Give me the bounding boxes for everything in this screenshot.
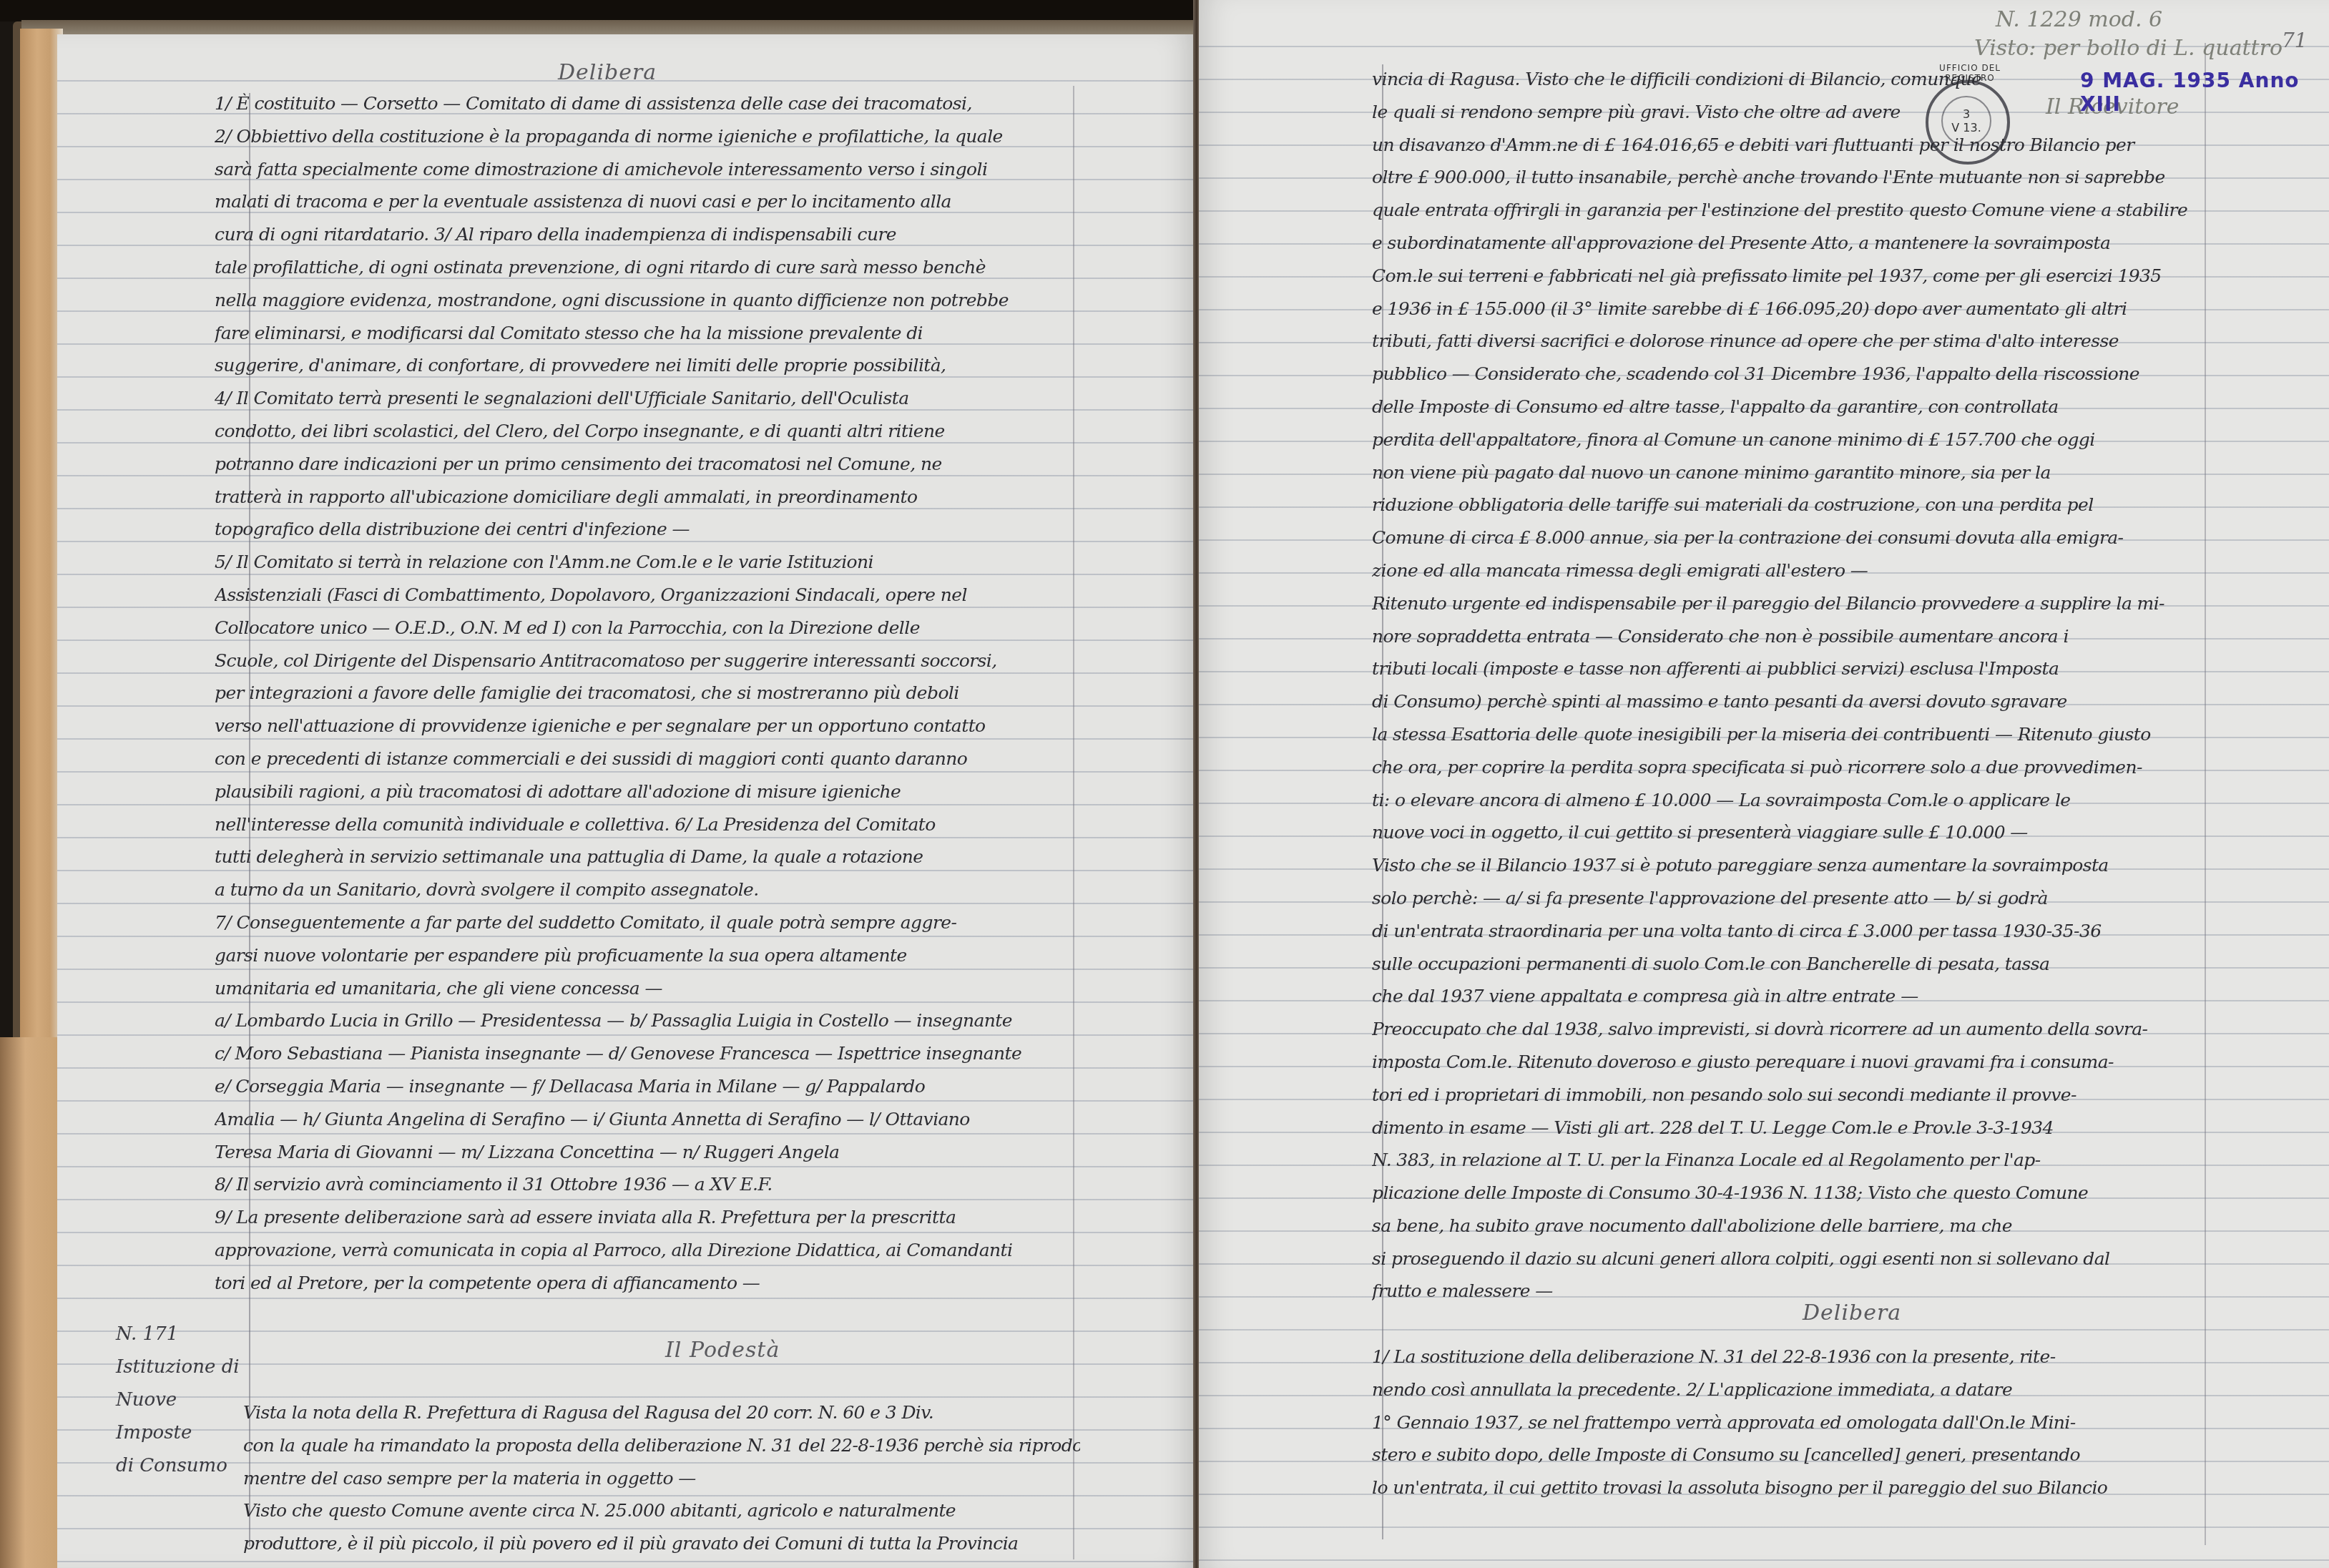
handwritten-line: plausibili ragioni, a più tracomatosi di…: [215, 775, 1080, 808]
handwritten-line: umanitaria ed umanitaria, che gli viene …: [215, 972, 1080, 1005]
handwritten-line: delle Imposte di Consumo ed altre tasse,…: [1372, 391, 2209, 423]
handwritten-line: 8/ Il servizio avrà cominciamento il 31 …: [215, 1168, 1080, 1201]
handwritten-line: malati di tracoma e per la eventuale ass…: [215, 185, 1080, 218]
margin-note-line: Nuove Imposte: [116, 1383, 245, 1449]
handwritten-line: di Consumo) perchè spinti al massimo e t…: [1372, 685, 2209, 718]
handwritten-line: Vista la nota della R. Prefettura di Rag…: [243, 1396, 1080, 1429]
handwritten-line: tributi locali (imposte e tasse non affe…: [1372, 652, 2209, 685]
handwritten-line: vincia di Ragusa. Visto che le difficili…: [1372, 63, 2209, 96]
handwritten-line: verso nell'attuazione di provvidenze igi…: [215, 710, 1080, 743]
margin-note-line: Istituzione di: [116, 1351, 245, 1383]
handwritten-line: Amalia — h/ Giunta Angelina di Serafino …: [215, 1103, 1080, 1136]
handwritten-line: Ritenuto urgente ed indispensabile per i…: [1372, 587, 2209, 620]
left-heading-delibera: Delibera: [558, 60, 657, 85]
handwritten-line: frutto e malessere —: [1372, 1275, 2209, 1308]
handwritten-line: si proseguendo il dazio su alcuni generi…: [1372, 1243, 2209, 1275]
handwritten-line: [1372, 1308, 2209, 1341]
handwritten-line: nendo così annullata la precedente. 2/ L…: [1372, 1373, 2209, 1406]
handwritten-line: potranno dare indicazioni per un primo c…: [215, 448, 1080, 481]
handwritten-line: perdita dell'appaltatore, finora al Comu…: [1372, 423, 2209, 456]
handwritten-line: nella maggiore evidenza, mostrandone, og…: [215, 284, 1080, 317]
handwritten-line: tori ed i proprietari di immobili, non p…: [1372, 1079, 2209, 1112]
handwritten-line: 9/ La presente deliberazione sarà ad ess…: [215, 1201, 1080, 1234]
handwritten-line: topografico della distribuzione dei cent…: [215, 513, 1080, 546]
handwritten-line: Teresa Maria di Giovanni — m/ Lizzana Co…: [215, 1136, 1080, 1169]
handwritten-line: le quali si rendono sempre più gravi. Vi…: [1372, 96, 2209, 129]
handwritten-line: e subordinatamente all'approvazione del …: [1372, 227, 2209, 260]
margin-note-line: N. 171: [116, 1318, 245, 1351]
right-heading-delibera: Delibera: [1803, 1300, 1901, 1326]
handwritten-line: 1/ È costituito — Corsetto — Comitato di…: [215, 87, 1080, 120]
handwritten-line: lo un'entrata, il cui gettito trovasi la…: [1372, 1471, 2209, 1504]
handwritten-line: suggerire, d'animare, di confortare, di …: [215, 349, 1080, 382]
handwritten-line: cura di ogni ritardatario. 3/ Al riparo …: [215, 218, 1080, 251]
handwritten-line: e/ Corseggia Maria — insegnante — f/ Del…: [215, 1070, 1080, 1103]
handwritten-line: tale profilattiche, di ogni ostinata pre…: [215, 251, 1080, 284]
handwritten-line: approvazione, verrà comunicata in copia …: [215, 1234, 1080, 1267]
handwritten-line: Com.le sui terreni e fabbricati nel già …: [1372, 260, 2209, 293]
handwritten-line: N. 383, in relazione al T. U. per la Fin…: [1372, 1144, 2209, 1177]
registry-note-number: N. 1229 mod. 6: [1996, 6, 2162, 34]
handwritten-line: nell'interesse della comunità individual…: [215, 808, 1080, 841]
margin-note-line: di Consumo: [116, 1449, 245, 1482]
handwritten-line: nuove voci in oggetto, il cui gettito si…: [1372, 816, 2209, 849]
handwritten-line: Preoccupato che dal 1938, salvo imprevis…: [1372, 1013, 2209, 1046]
handwritten-line: la stessa Esattoria delle quote inesigib…: [1372, 718, 2209, 751]
handwritten-line: un disavanzo d'Amm.ne di £ 164.016,65 e …: [1372, 129, 2209, 162]
handwritten-line: nore sopraddetta entrata — Considerato c…: [1372, 620, 2209, 653]
handwritten-line: sa bene, ha subito grave nocumento dall'…: [1372, 1210, 2209, 1243]
handwritten-line: dimento in esame — Visti gli art. 228 de…: [1372, 1112, 2209, 1145]
handwritten-line: fare eliminarsi, e modificarsi dal Comit…: [215, 317, 1080, 350]
handwritten-line: Visto che se il Bilancio 1937 si è potut…: [1372, 849, 2209, 882]
book-shadow-top: [0, 0, 1199, 21]
handwritten-line: 2/ Obbiettivo della costituzione è la pr…: [215, 120, 1080, 153]
handwritten-line: riduzione obbligatoria delle tariffe sui…: [1372, 489, 2209, 521]
handwritten-line: stero e subito dopo, delle Imposte di Co…: [1372, 1439, 2209, 1471]
handwritten-line: di un'entrata straordinaria per una volt…: [1372, 915, 2209, 948]
handwritten-line: plicazione delle Imposte di Consumo 30-4…: [1372, 1177, 2209, 1210]
handwritten-line: mentre del caso sempre per la materia in…: [243, 1462, 1080, 1495]
handwritten-line: Assistenziali (Fasci di Combattimento, D…: [215, 579, 1080, 612]
handwritten-line: oltre £ 900.000, il tutto insanabile, pe…: [1372, 161, 2209, 194]
handwritten-line: Scuole, col Dirigente del Dispensario An…: [215, 645, 1080, 677]
handwritten-line: sulle occupazioni permanenti di suolo Co…: [1372, 948, 2209, 981]
handwritten-line: tori ed al Pretore, per la competente op…: [215, 1267, 1080, 1300]
handwritten-line: garsi nuove volontarie per espandere più…: [215, 939, 1080, 972]
handwritten-line: sarà fatta specialmente come dimostrazio…: [215, 153, 1080, 186]
handwritten-line: Collocatore unico — O.E.D., O.N. M ed I)…: [215, 612, 1080, 645]
handwritten-line: c/ Moro Sebastiana — Pianista insegnante…: [215, 1037, 1080, 1070]
handwritten-line: che dal 1937 viene appaltata e compresa …: [1372, 980, 2209, 1013]
handwritten-line: 1/ La sostituzione della deliberazione N…: [1372, 1341, 2209, 1373]
handwritten-line: pubblico — Considerato che, scadendo col…: [1372, 358, 2209, 391]
handwritten-line: a/ Lombardo Lucia in Grillo — Presidente…: [215, 1004, 1080, 1037]
handwritten-line: che ora, per coprire la perdita sopra sp…: [1372, 751, 2209, 784]
handwritten-line: tutti delegherà in servizio settimanale …: [215, 841, 1080, 873]
handwritten-line: 7/ Conseguentemente a far parte del sudd…: [215, 906, 1080, 939]
margin-note-entry-171: N. 171 Istituzione di Nuove Imposte di C…: [116, 1318, 245, 1482]
left-signature-podesta: Il Podestà: [665, 1338, 780, 1363]
handwritten-line: tratterà in rapporto all'ubicazione domi…: [215, 481, 1080, 514]
handwritten-line: zione ed alla mancata rimessa degli emig…: [1372, 554, 2209, 587]
left-page-second-entry: Vista la nota della R. Prefettura di Rag…: [243, 1396, 1080, 1560]
handwritten-line: 4/ Il Comitato terrà presenti le segnala…: [215, 382, 1080, 415]
handwritten-line: tributi, fatti diversi sacrifici e dolor…: [1372, 325, 2209, 358]
handwritten-line: produttore, è il più piccolo, il più pov…: [243, 1527, 1080, 1560]
handwritten-line: Comune di circa £ 8.000 annue, sia per l…: [1372, 521, 2209, 554]
handwritten-line: e 1936 in £ 155.000 (il 3° limite sarebb…: [1372, 293, 2209, 325]
handwritten-line: quale entrata offrirgli in garanzia per …: [1372, 194, 2209, 227]
handwritten-line: ti: o elevare ancora di almeno £ 10.000 …: [1372, 784, 2209, 817]
handwritten-line: 1° Gennaio 1937, se nel frattempo verrà …: [1372, 1406, 2209, 1439]
handwritten-line: per integrazioni a favore delle famiglie…: [215, 677, 1080, 710]
right-page-text-block: vincia di Ragusa. Visto che le difficili…: [1372, 63, 2209, 1504]
handwritten-line: con la quale ha rimandato la proposta de…: [243, 1429, 1080, 1462]
handwritten-line: solo perchè: — a/ si fa presente l'appro…: [1372, 882, 2209, 915]
handwritten-line: con e precedenti di istanze commerciali …: [215, 743, 1080, 775]
handwritten-line: a turno da un Sanitario, dovrà svolgere …: [215, 873, 1080, 906]
registry-note-bollo: Visto: per bollo di L. quattro: [1974, 34, 2283, 63]
page-number: 71: [2282, 29, 2308, 52]
handwritten-line: 5/ Il Comitato si terrà in relazione con…: [215, 546, 1080, 579]
handwritten-line: Visto che questo Comune avente circa N. …: [243, 1494, 1080, 1527]
handwritten-line: non viene più pagato dal nuovo un canone…: [1372, 456, 2209, 489]
handwritten-line: condotto, dei libri scolastici, del Cler…: [215, 415, 1080, 448]
left-page-text-block: 1/ È costituito — Corsetto — Comitato di…: [215, 87, 1080, 1299]
open-ledger: Delibera 1/ È costituito — Corsetto — Co…: [0, 0, 2329, 1568]
handwritten-line: imposta Com.le. Ritenuto doveroso e gius…: [1372, 1046, 2209, 1079]
